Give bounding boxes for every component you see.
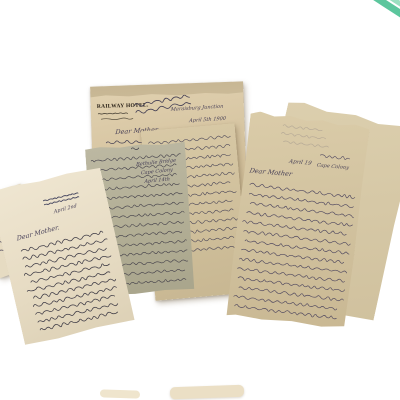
large-letter-greeting: Dear Mother bbox=[249, 167, 293, 179]
large-letter-region: Cape Colony bbox=[316, 163, 350, 172]
handwriting-lines bbox=[231, 180, 357, 326]
handwriting-lines bbox=[15, 228, 125, 338]
letterhead-flourish bbox=[101, 116, 133, 124]
paper-sliver-left bbox=[100, 389, 140, 398]
heading-place-word bbox=[319, 152, 350, 164]
show-through-writing bbox=[269, 120, 342, 154]
ribbon-stripe-dark bbox=[360, 0, 400, 23]
photo-of-handwritten-letters: RAILWAY HOTEL. Maraisburg Junction April… bbox=[0, 0, 400, 400]
paper-sliver-right bbox=[170, 385, 244, 400]
green-ribbon-corner bbox=[357, 0, 400, 28]
large-letter-date: April 19 bbox=[288, 159, 312, 167]
railway-date-line: April 5th 1900 bbox=[189, 116, 226, 124]
